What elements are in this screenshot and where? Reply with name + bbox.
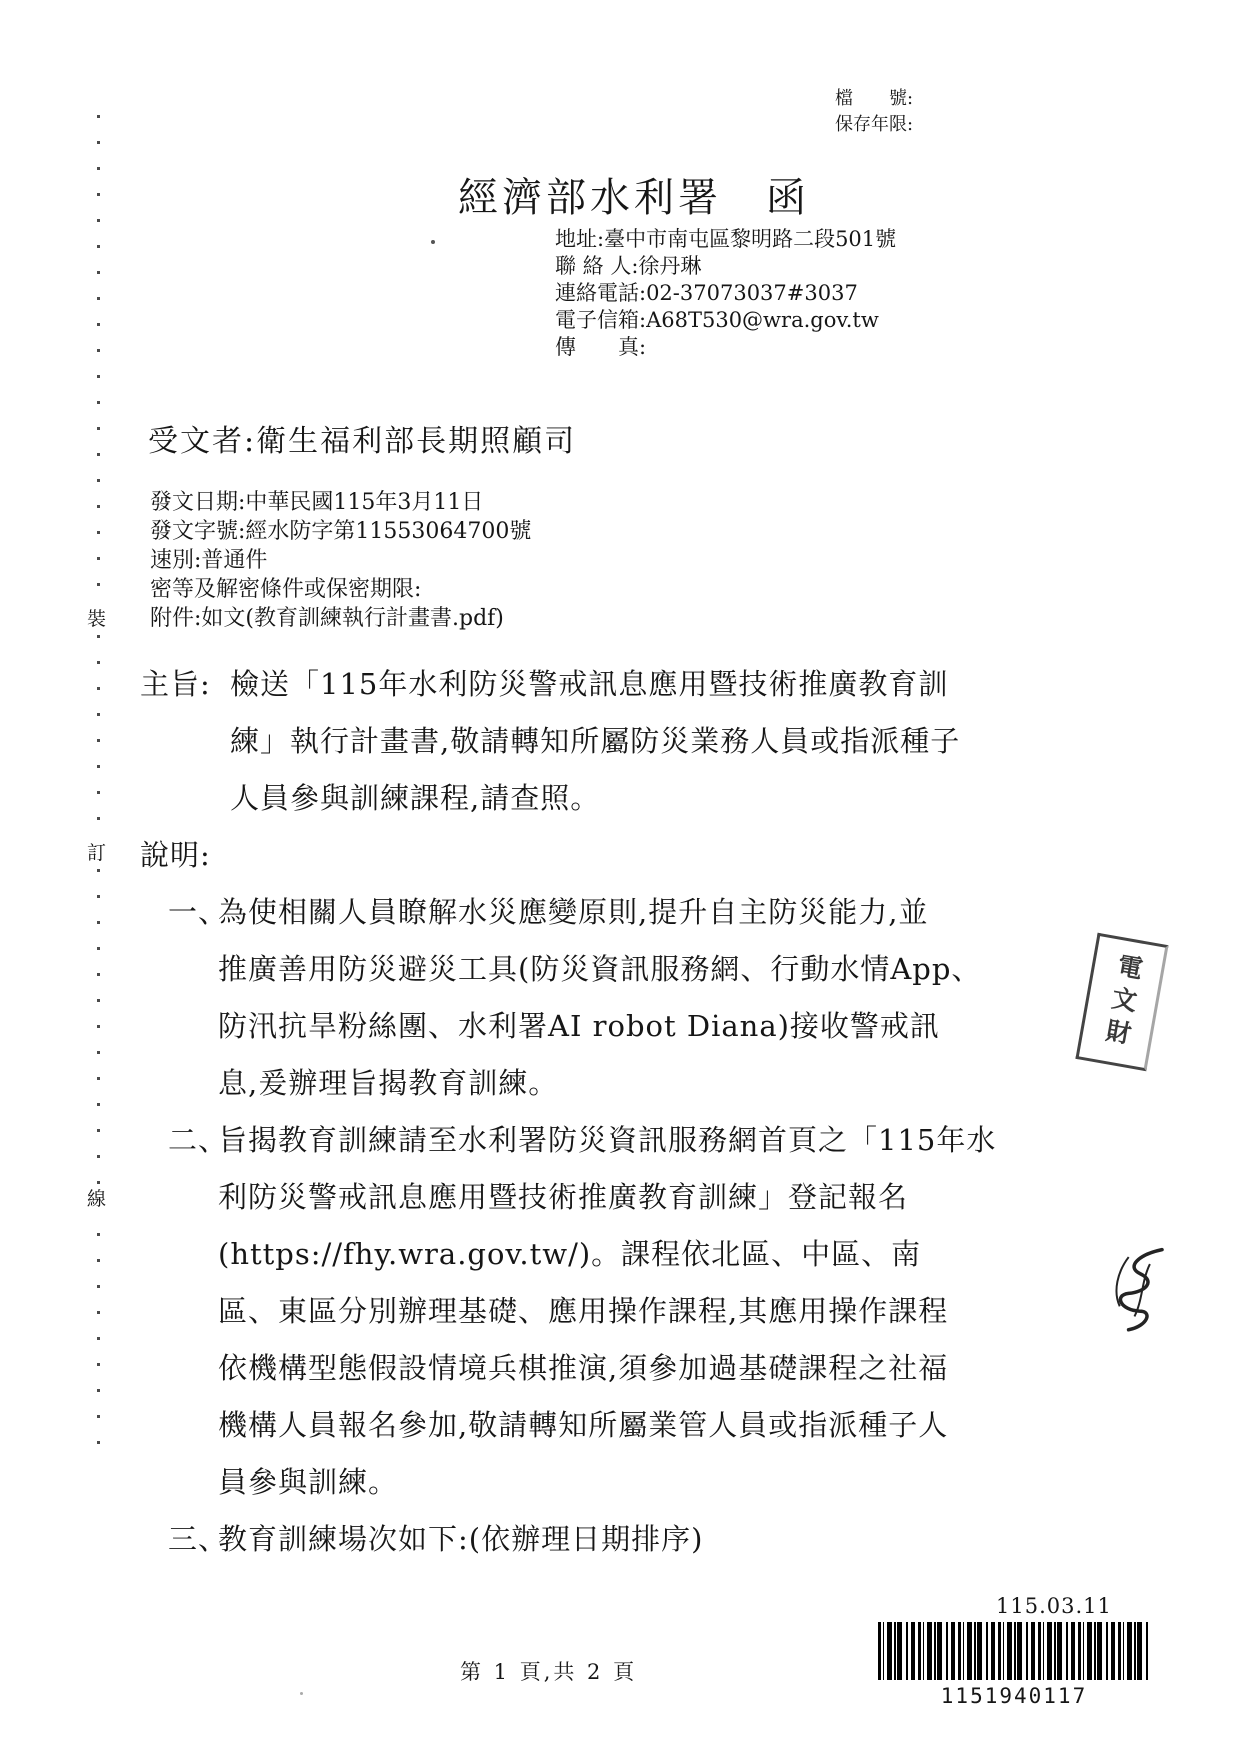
- description-label: 說明:: [140, 827, 1060, 884]
- sender-contact-person: 聯 絡 人:徐丹琳: [555, 253, 896, 280]
- scanned-official-letter: 檔 號: 保存年限: 經濟部水利署 函 地址:臺中市南屯區黎明路二段501號 聯…: [0, 0, 1241, 1754]
- page-number-footer: 第 1 頁,共 2 頁: [460, 1656, 637, 1686]
- description-item-2-line: 依機構型態假設情境兵棋推演,須參加過基礎課程之社福: [140, 1340, 1060, 1397]
- description-item-2-line: 利防災警戒訊息應用暨技術推廣教育訓練」登記報名: [140, 1169, 1060, 1226]
- description-item-1-line: 推廣善用防災避災工具(防災資訊服務網、行動水情App、: [140, 941, 1060, 998]
- description-item-2-line: (https://fhy.wra.gov.tw/)。課程依北區、中區、南: [140, 1226, 1060, 1283]
- barcode: [878, 1622, 1150, 1680]
- retention-period-label: 保存年限:: [835, 112, 913, 138]
- subject-line: 練」執行計畫書,敬請轉知所屬防災業務人員或指派種子: [140, 713, 1060, 770]
- description-item-2: 二、旨揭教育訓練請至水利署防災資訊服務網首頁之「115年水: [140, 1112, 1060, 1169]
- description-item-1: 一、為使相關人員瞭解水災應變原則,提升自主防災能力,並: [140, 884, 1060, 941]
- scribble-icon: [1088, 1235, 1179, 1343]
- description-item-1-line: 防汛抗旱粉絲團、水利署AI robot Diana)接收警戒訊: [140, 998, 1060, 1055]
- subject-text: 檢送「115年水利防災警戒訊息應用暨技術推廣教育訓: [230, 667, 948, 701]
- exchange-stamp-text: 電文財: [1096, 950, 1149, 1054]
- recipient-line: 受文者:衛生福利部長期照顧司: [148, 416, 576, 460]
- scan-speck: [300, 1692, 303, 1695]
- sender-email: 電子信箱:A68T530@wra.gov.tw: [555, 307, 896, 334]
- item-number: 一、: [168, 884, 218, 941]
- description-item-2-line: 機構人員報名參加,敬請轉知所屬業管人員或指派種子人: [140, 1397, 1060, 1454]
- barcode-number: 1151940117: [878, 1684, 1150, 1708]
- received-date-stamp: 115.03.11: [996, 1594, 1112, 1618]
- item-number: 三、: [168, 1511, 218, 1568]
- description-item-2-line: 員參與訓練。: [140, 1454, 1060, 1511]
- security-line: 密等及解密條件或保密期限:: [150, 575, 531, 604]
- binding-mark-zhuang: 裝: [87, 606, 106, 633]
- document-title: 經濟部水利署 函: [458, 166, 810, 223]
- subject-line: 主旨:檢送「115年水利防災警戒訊息應用暨技術推廣教育訓: [140, 656, 1060, 713]
- attachment-line: 附件:如文(教育訓練執行計畫書.pdf): [150, 604, 531, 633]
- subject-label: 主旨:: [140, 656, 230, 713]
- binding-mark-ding: 訂: [87, 840, 106, 867]
- archive-label-block: 檔 號: 保存年限:: [835, 86, 913, 138]
- sender-phone: 連絡電話:02-37073037#3037: [555, 280, 896, 307]
- description-item-1-line: 息,爰辦理旨揭教育訓練。: [140, 1055, 1060, 1112]
- item-text: 教育訓練場次如下:(依辦理日期排序): [218, 1522, 703, 1556]
- binding-dotted-line: [97, 115, 100, 1455]
- sender-contact-block: 地址:臺中市南屯區黎明路二段501號 聯 絡 人:徐丹琳 連絡電話:02-370…: [555, 226, 896, 361]
- sender-fax: 傳 真:: [555, 334, 896, 361]
- item-text: 旨揭教育訓練請至水利署防災資訊服務網首頁之「115年水: [218, 1123, 996, 1157]
- exchange-stamp: 電文財: [1075, 933, 1168, 1072]
- binding-mark-xian: 線: [87, 1186, 106, 1213]
- priority-line: 速別:普通件: [150, 546, 531, 575]
- doc-number-line: 發文字號:經水防字第11553064700號: [150, 517, 531, 546]
- document-body: 主旨:檢送「115年水利防災警戒訊息應用暨技術推廣教育訓 練」執行計畫書,敬請轉…: [140, 656, 1060, 1568]
- scan-speck: [431, 240, 435, 244]
- document-meta-block: 發文日期:中華民國115年3月11日 發文字號:經水防字第11553064700…: [150, 488, 531, 633]
- item-text: 為使相關人員瞭解水災應變原則,提升自主防災能力,並: [218, 895, 928, 929]
- sender-address: 地址:臺中市南屯區黎明路二段501號: [555, 226, 896, 253]
- signature-scribble: [1087, 1235, 1178, 1347]
- subject-line: 人員參與訓練課程,請查照。: [140, 770, 1060, 827]
- description-item-3: 三、教育訓練場次如下:(依辦理日期排序): [140, 1511, 1060, 1568]
- item-number: 二、: [168, 1112, 218, 1169]
- file-number-label: 檔 號:: [835, 86, 913, 112]
- issue-date-line: 發文日期:中華民國115年3月11日: [150, 488, 531, 517]
- description-item-2-line: 區、東區分別辦理基礎、應用操作課程,其應用操作課程: [140, 1283, 1060, 1340]
